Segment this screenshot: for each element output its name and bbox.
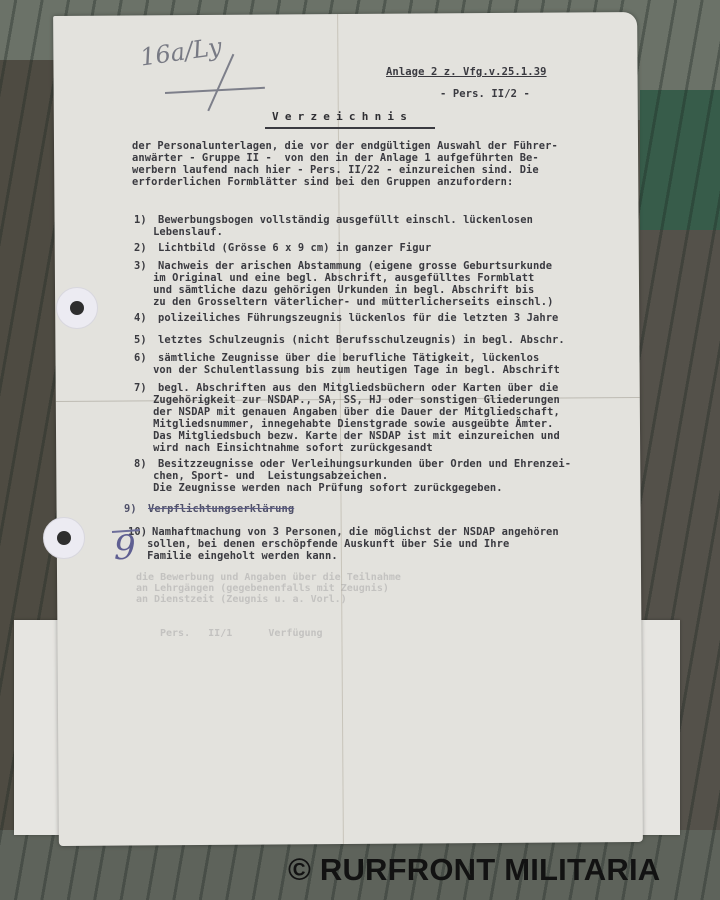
item-text: letztes Schulzeugnis (nicht Berufsschulz…: [158, 334, 565, 346]
item-text: Lichtbild (Grösse 6 x 9 cm) in ganzer Fi…: [158, 242, 431, 254]
list-item: 2)Lichtbild (Grösse 6 x 9 cm) in ganzer …: [134, 242, 431, 254]
list-item: 3)Nachweis der arischen Abstammung (eige…: [134, 260, 553, 308]
item-text: Namhaftmachung von 3 Personen, die mögli…: [128, 526, 559, 562]
punch-hole-bottom: [43, 517, 85, 559]
watermark: © RURFRONT MILITARIA: [288, 852, 660, 888]
pencil-correction-number: 9: [114, 528, 136, 568]
list-item: 8)Besitzzeugnisse oder Verleihungsurkund…: [134, 458, 571, 494]
item-text: Bewerbungsbogen vollständig ausgefüllt e…: [134, 214, 533, 238]
item-number: 6): [134, 352, 158, 364]
list-item: 7)begl. Abschriften aus den Mitgliedsbüc…: [134, 382, 560, 454]
title-underline: [265, 127, 435, 129]
reference-line: Anlage 2 z. Vfg.v.25.1.39: [386, 66, 547, 78]
department-line: - Pers. II/2 -: [440, 88, 530, 100]
item-number: 2): [134, 242, 158, 254]
list-item: 1)Bewerbungsbogen vollständig ausgefüllt…: [134, 214, 533, 238]
item-number: 7): [134, 382, 158, 394]
item-text: Verpflichtungserklärung: [148, 503, 294, 515]
list-item: 4)polizeiliches Führungszeugnis lückenlo…: [134, 312, 558, 324]
bleed-through-text: die Bewerbung und Angaben über die Teiln…: [136, 572, 401, 605]
item-number: 1): [134, 214, 158, 226]
item-text: Besitzzeugnisse oder Verleihungsurkunden…: [134, 458, 571, 494]
item-number: 3): [134, 260, 158, 272]
item-number: 8): [134, 458, 158, 470]
list-item: 10)Namhaftmachung von 3 Personen, die mö…: [128, 526, 559, 562]
item-text: Nachweis der arischen Abstammung (eigene…: [134, 260, 553, 308]
bleed-through-text-2: Pers. II/1 Verfügung: [160, 628, 323, 639]
item-number: 5): [134, 334, 158, 346]
item-number: 9): [124, 503, 148, 515]
list-item: 6)sämtliche Zeugnisse über die beruflich…: [134, 352, 560, 376]
list-item: 9)Verpflichtungserklärung: [124, 503, 294, 515]
item-text: polizeiliches Führungszeugnis lückenlos …: [158, 312, 558, 324]
document-title: Verzeichnis: [272, 110, 413, 123]
intro-paragraph: der Personalunterlagen, die vor der endg…: [132, 140, 652, 188]
item-number: 4): [134, 312, 158, 324]
list-item: 5)letztes Schulzeugnis (nicht Berufsschu…: [134, 334, 565, 346]
item-text: sämtliche Zeugnisse über die berufliche …: [134, 352, 560, 376]
item-text: begl. Abschriften aus den Mitgliedsbüche…: [134, 382, 560, 454]
punch-hole-top: [56, 287, 98, 329]
